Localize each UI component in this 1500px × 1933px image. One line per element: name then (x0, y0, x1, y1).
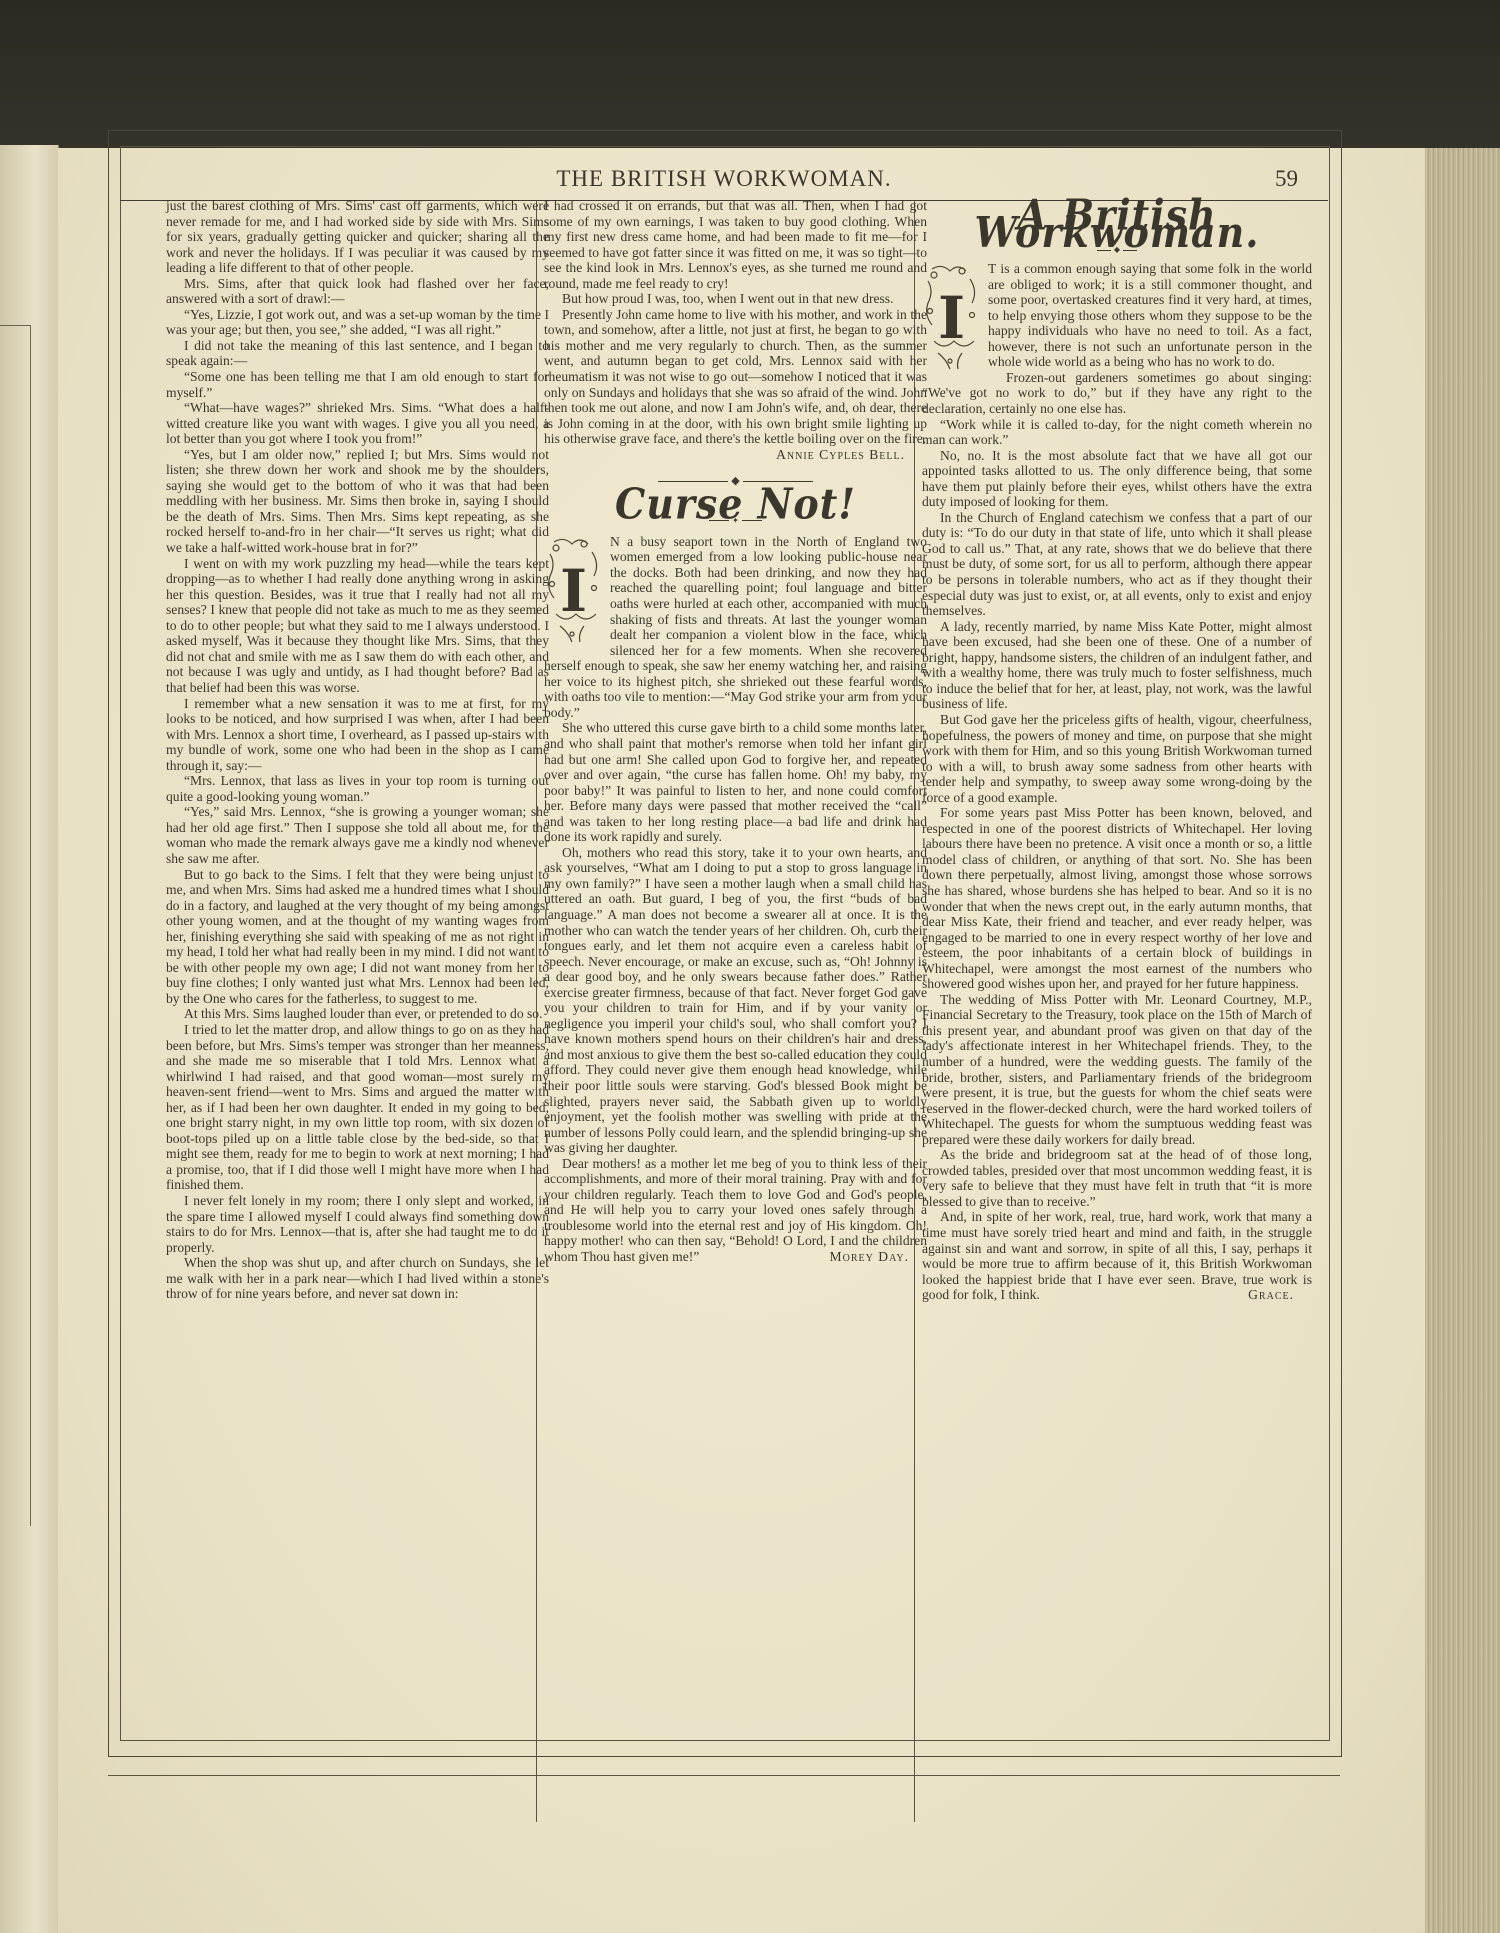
paragraph: But God gave her the priceless gifts of … (922, 712, 1312, 805)
running-title: THE BRITISH WORKWOMAN. (120, 166, 1328, 192)
paragraph: But how proud I was, too, when I went ou… (544, 291, 927, 307)
paragraph: I went on with my work puzzling my head—… (166, 556, 549, 696)
paragraph: As the bride and bridegroom sat at the h… (922, 1147, 1312, 1209)
background-top (0, 0, 1500, 150)
paragraph: Dear mothers! as a mother let me beg of … (544, 1156, 927, 1265)
paragraph: I had crossed it on errands, but that wa… (544, 198, 927, 291)
paragraph: “Some one has been telling me that I am … (166, 369, 549, 400)
dropcap-letter: I (560, 562, 587, 620)
paragraph: And, in spite of her work, real, true, h… (922, 1209, 1312, 1302)
story-author: Annie Cyples Bell. (544, 447, 927, 463)
paragraph: I never felt lonely in my room; there I … (166, 1193, 549, 1255)
paragraph: The wedding of Miss Potter with Mr. Leon… (922, 992, 1312, 1147)
page-number: 59 (1275, 166, 1298, 192)
article-title-curse-not: Curse Not! (544, 496, 927, 513)
paragraph: I remember what a new sensation it was t… (166, 696, 549, 774)
paragraph: A lady, recently married, by name Miss K… (922, 619, 1312, 712)
previous-page-border (0, 325, 31, 1526)
column-3: A British Workwoman. ◆ I (922, 198, 1312, 1303)
paragraph: I did not take the meaning of this last … (166, 338, 549, 369)
paragraph: “Yes, Lizzie, I got work out, and was a … (166, 307, 549, 338)
dropcap-letter: I (938, 289, 965, 347)
paragraph: For some years past Miss Potter has been… (922, 805, 1312, 992)
paragraph: I tried to let the matter drop, and allo… (166, 1022, 549, 1193)
paragraph-text: Dear mothers! as a mother let me beg of … (544, 1156, 927, 1264)
paragraph: Oh, mothers who read this story, take it… (544, 845, 927, 1156)
paragraph: “Mrs. Lennox, that lass as lives in your… (166, 773, 549, 804)
article-body-curse-not: I N a busy seaport town in the North of … (544, 534, 927, 721)
paragraph: Mrs. Sims, after that quick look had fla… (166, 276, 549, 307)
bottom-border (108, 1775, 1340, 1776)
paragraph: “Yes,” said Mrs. Lennox, “she is growing… (166, 804, 549, 866)
ornamental-dropcap: I (922, 261, 982, 373)
paragraph: Frozen-out gardeners sometimes go about … (922, 370, 1312, 417)
paragraph: Presently John came home to live with hi… (544, 307, 927, 447)
paragraph: “Work while it is called to-day, for the… (922, 417, 1312, 448)
paragraph: She who uttered this curse gave birth to… (544, 720, 927, 844)
paragraph: When the shop was shut up, and after chu… (166, 1255, 549, 1302)
article-author: Morey Day. (812, 1249, 909, 1265)
ornamental-dropcap: I (544, 534, 604, 646)
paragraph: At this Mrs. Sims laughed louder than ev… (166, 1006, 549, 1022)
article-title-british-workwoman: A British Workwoman. (922, 206, 1312, 240)
article-body-british-workwoman: I T is a common enough saying that some … (922, 261, 1312, 370)
paragraph: No, no. It is the most absolute fact tha… (922, 448, 1312, 510)
paragraph: In the Church of England catechism we co… (922, 510, 1312, 619)
paragraph: “Yes, but I am older now,” replied I; bu… (166, 447, 549, 556)
paragraph: But to go back to the Sims. I felt that … (166, 867, 549, 1007)
column-2: I had crossed it on errands, but that wa… (544, 198, 927, 1265)
column-1: just the barest clothing of Mrs. Sims' c… (166, 198, 549, 1302)
paragraph: “What—have wages?” shrieked Mrs. Sims. “… (166, 400, 549, 447)
previous-page-edge (0, 145, 59, 1933)
page-stack-edge (1425, 148, 1500, 1933)
article-author: Grace. (1230, 1287, 1294, 1303)
paragraph: just the barest clothing of Mrs. Sims' c… (166, 198, 549, 276)
